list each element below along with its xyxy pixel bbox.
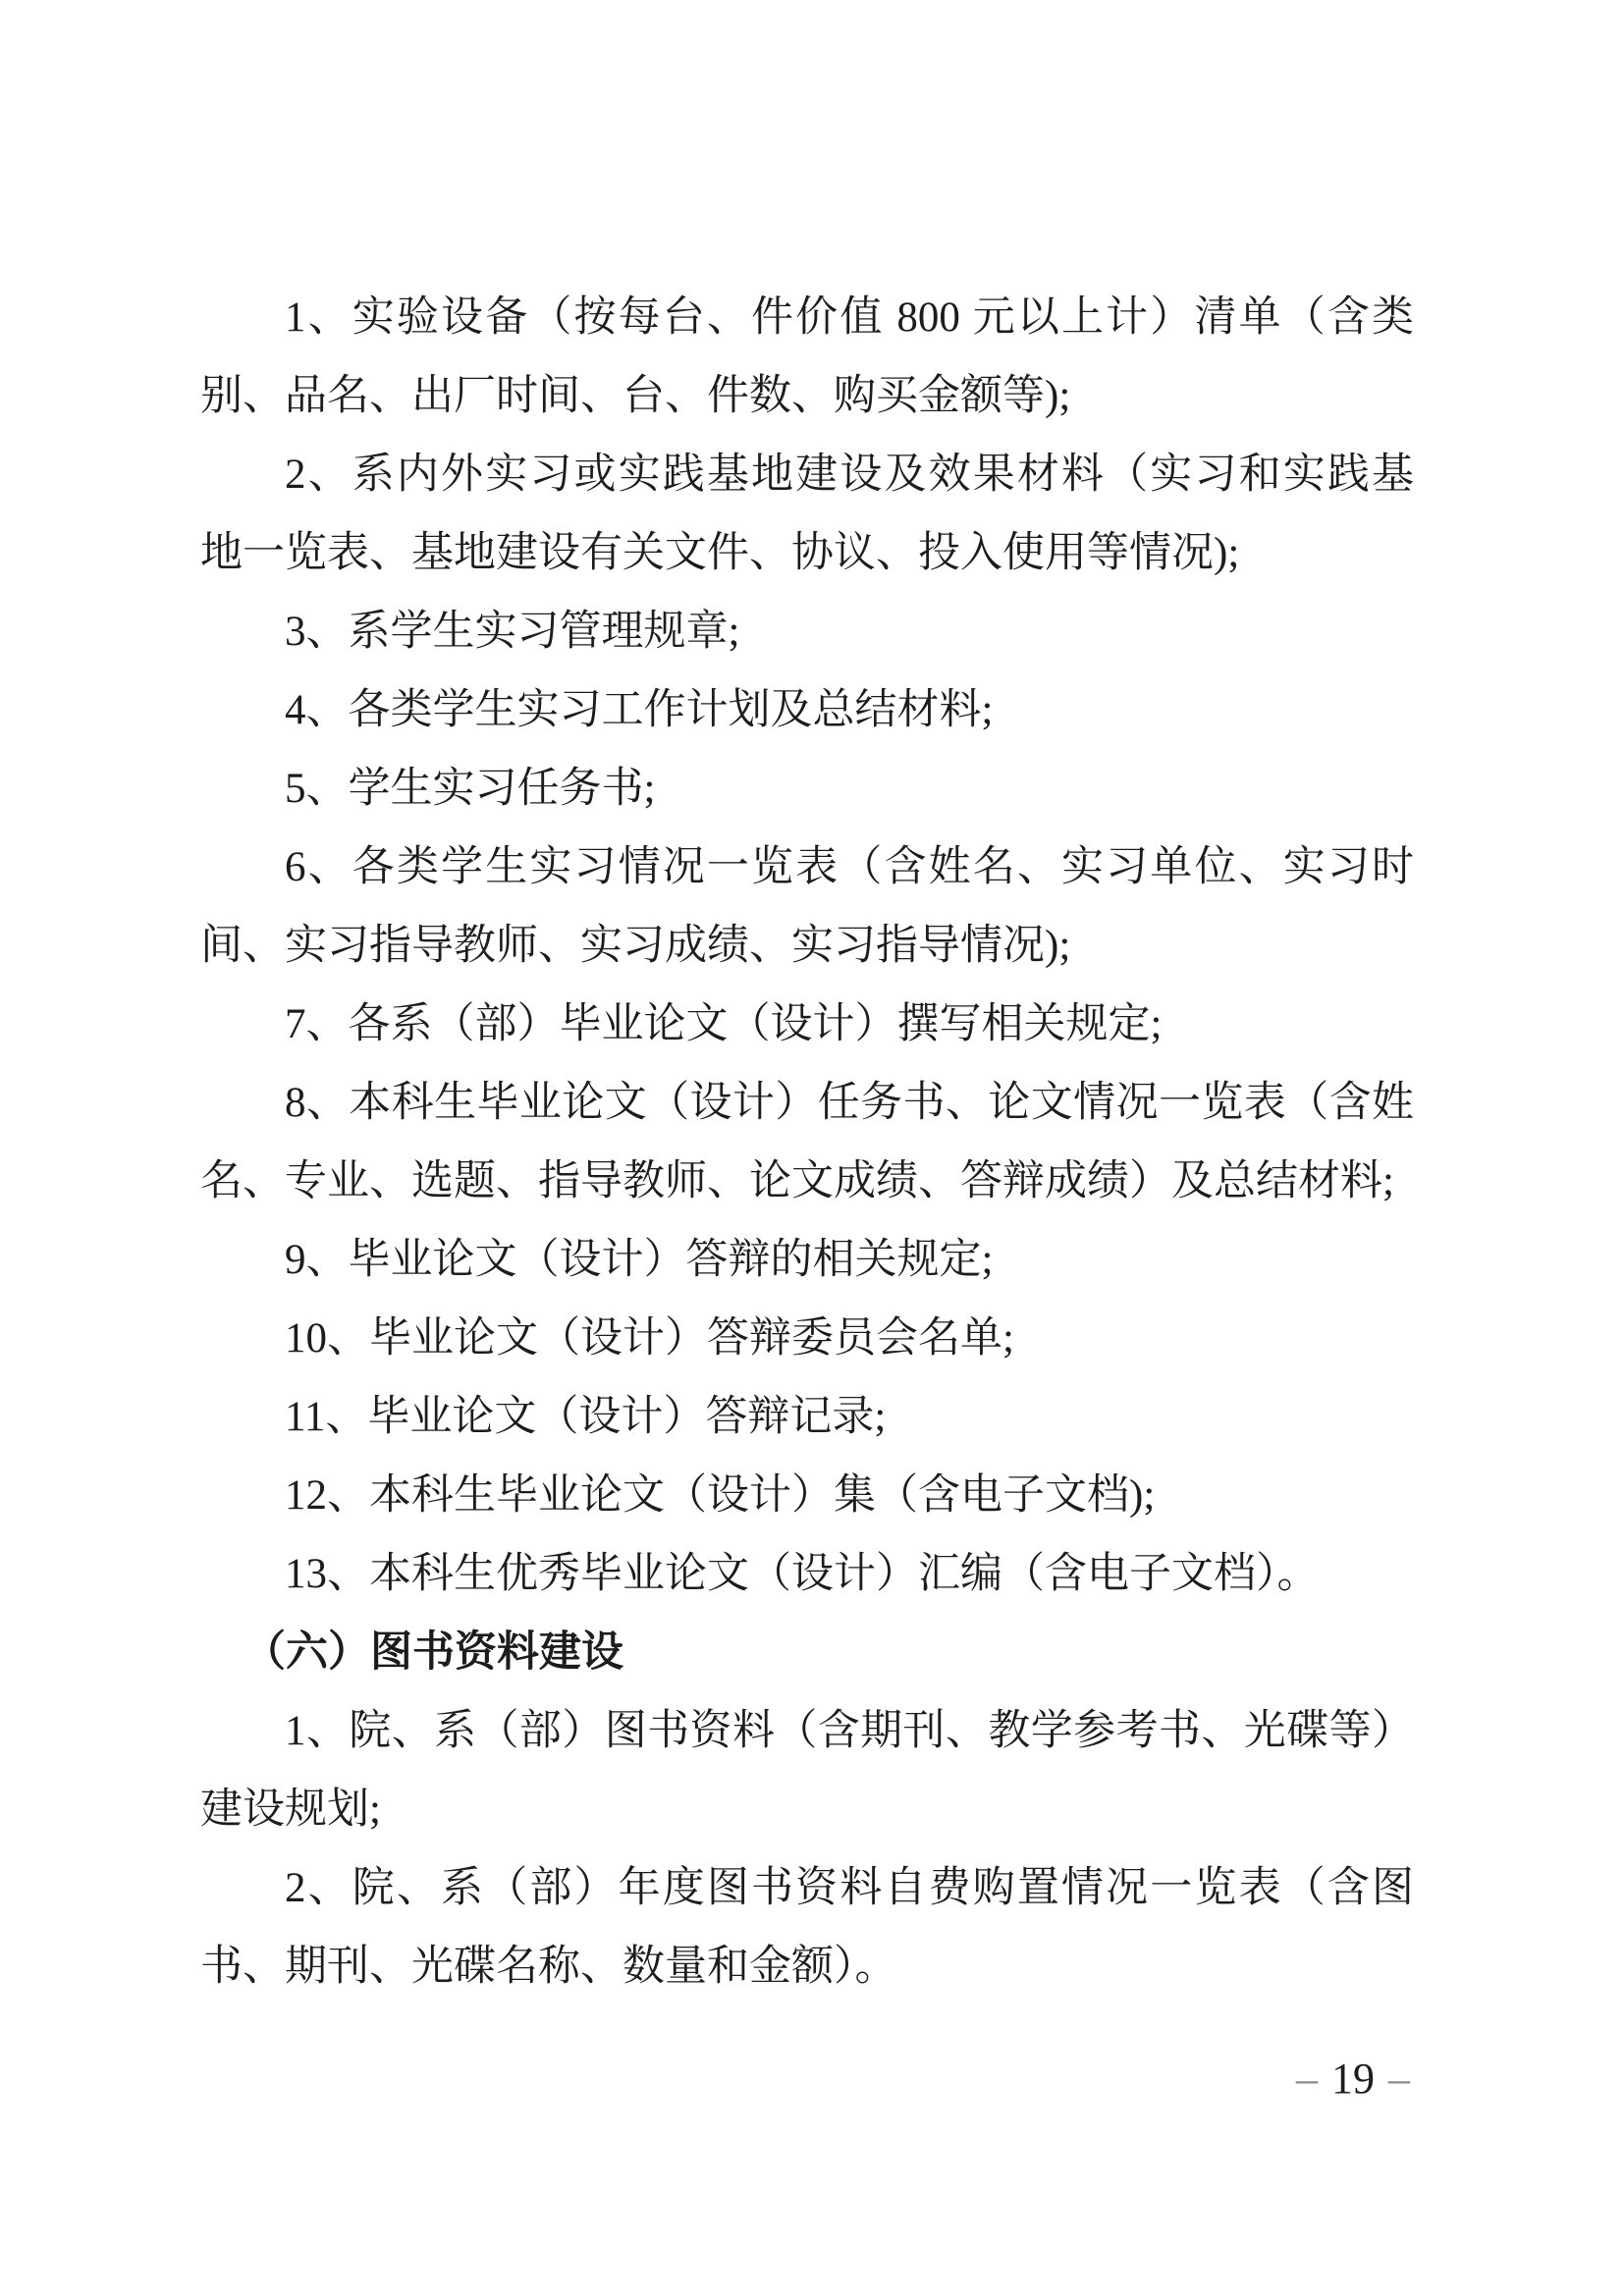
footer-left-dash: – bbox=[1296, 2055, 1318, 2103]
text-line: 9、毕业论文（设计）答辩的相关规定; bbox=[200, 1221, 1414, 1300]
list-item: 1、院、系（部）图书资料（含期刊、教学参考书、光碟等）建设规划; bbox=[200, 1692, 1414, 1849]
text-line: 7、各系（部）毕业论文（设计）撰写相关规定; bbox=[200, 986, 1414, 1064]
document-page: 1、实验设备（按每台、件价值 800 元以上计）清单（含类别、品名、出厂时间、台… bbox=[0, 0, 1624, 2296]
text-line: 3、系学生实习管理规章; bbox=[200, 593, 1414, 671]
list-item: 2、院、系（部）年度图书资料自费购置情况一览表（含图书、期刊、光碟名称、数量和金… bbox=[200, 1849, 1414, 2006]
text-line: 别、品名、出厂时间、台、件数、购买金额等); bbox=[200, 357, 1414, 436]
list-item: 5、学生实习任务书; bbox=[200, 750, 1414, 828]
text-line: 1、院、系（部）图书资料（含期刊、教学参考书、光碟等） bbox=[200, 1692, 1414, 1771]
text-line: 11、毕业论文（设计）答辩记录; bbox=[200, 1378, 1414, 1457]
list-item: 11、毕业论文（设计）答辩记录; bbox=[200, 1378, 1414, 1457]
text-line: 5、学生实习任务书; bbox=[200, 750, 1414, 828]
text-line: 13、本科生优秀毕业论文（设计）汇编（含电子文档）。 bbox=[200, 1535, 1414, 1614]
text-line: 名、专业、选题、指导教师、论文成绩、答辩成绩）及总结材料; bbox=[200, 1143, 1414, 1221]
list-item: 2、系内外实习或实践基地建设及效果材料（实习和实践基地一览表、基地建设有关文件、… bbox=[200, 436, 1414, 593]
footer-right-dash: – bbox=[1388, 2055, 1410, 2103]
text-line: （六）图书资料建设 bbox=[200, 1614, 1414, 1692]
list-item: 1、实验设备（按每台、件价值 800 元以上计）清单（含类别、品名、出厂时间、台… bbox=[200, 279, 1414, 436]
list-item: 3、系学生实习管理规章; bbox=[200, 593, 1414, 671]
text-line: 建设规划; bbox=[200, 1771, 1414, 1849]
text-line: 地一览表、基地建设有关文件、协议、投入使用等情况); bbox=[200, 514, 1414, 593]
list-item: 10、毕业论文（设计）答辩委员会名单; bbox=[200, 1300, 1414, 1378]
text-line: 4、各类学生实习工作计划及总结材料; bbox=[200, 671, 1414, 750]
text-line: 8、本科生毕业论文（设计）任务书、论文情况一览表（含姓 bbox=[200, 1064, 1414, 1143]
text-line: 6、各类学生实习情况一览表（含姓名、实习单位、实习时 bbox=[200, 828, 1414, 907]
section-heading: （六）图书资料建设 bbox=[200, 1614, 1414, 1692]
text-line: 书、期刊、光碟名称、数量和金额）。 bbox=[200, 1928, 1414, 2006]
page-footer: –19– bbox=[1296, 2057, 1410, 2101]
text-line: 2、院、系（部）年度图书资料自费购置情况一览表（含图 bbox=[200, 1849, 1414, 1928]
list-item: 8、本科生毕业论文（设计）任务书、论文情况一览表（含姓名、专业、选题、指导教师、… bbox=[200, 1064, 1414, 1221]
page-number: 19 bbox=[1331, 2055, 1375, 2103]
list-item: 7、各系（部）毕业论文（设计）撰写相关规定; bbox=[200, 986, 1414, 1064]
list-item: 4、各类学生实习工作计划及总结材料; bbox=[200, 671, 1414, 750]
document-body: 1、实验设备（按每台、件价值 800 元以上计）清单（含类别、品名、出厂时间、台… bbox=[200, 279, 1414, 2006]
list-item: 6、各类学生实习情况一览表（含姓名、实习单位、实习时间、实习指导教师、实习成绩、… bbox=[200, 828, 1414, 986]
list-item: 9、毕业论文（设计）答辩的相关规定; bbox=[200, 1221, 1414, 1300]
text-line: 间、实习指导教师、实习成绩、实习指导情况); bbox=[200, 907, 1414, 986]
text-line: 2、系内外实习或实践基地建设及效果材料（实习和实践基 bbox=[200, 436, 1414, 514]
text-line: 10、毕业论文（设计）答辩委员会名单; bbox=[200, 1300, 1414, 1378]
list-item: 13、本科生优秀毕业论文（设计）汇编（含电子文档）。 bbox=[200, 1535, 1414, 1614]
text-line: 12、本科生毕业论文（设计）集（含电子文档); bbox=[200, 1457, 1414, 1535]
text-line: 1、实验设备（按每台、件价值 800 元以上计）清单（含类 bbox=[200, 279, 1414, 357]
list-item: 12、本科生毕业论文（设计）集（含电子文档); bbox=[200, 1457, 1414, 1535]
